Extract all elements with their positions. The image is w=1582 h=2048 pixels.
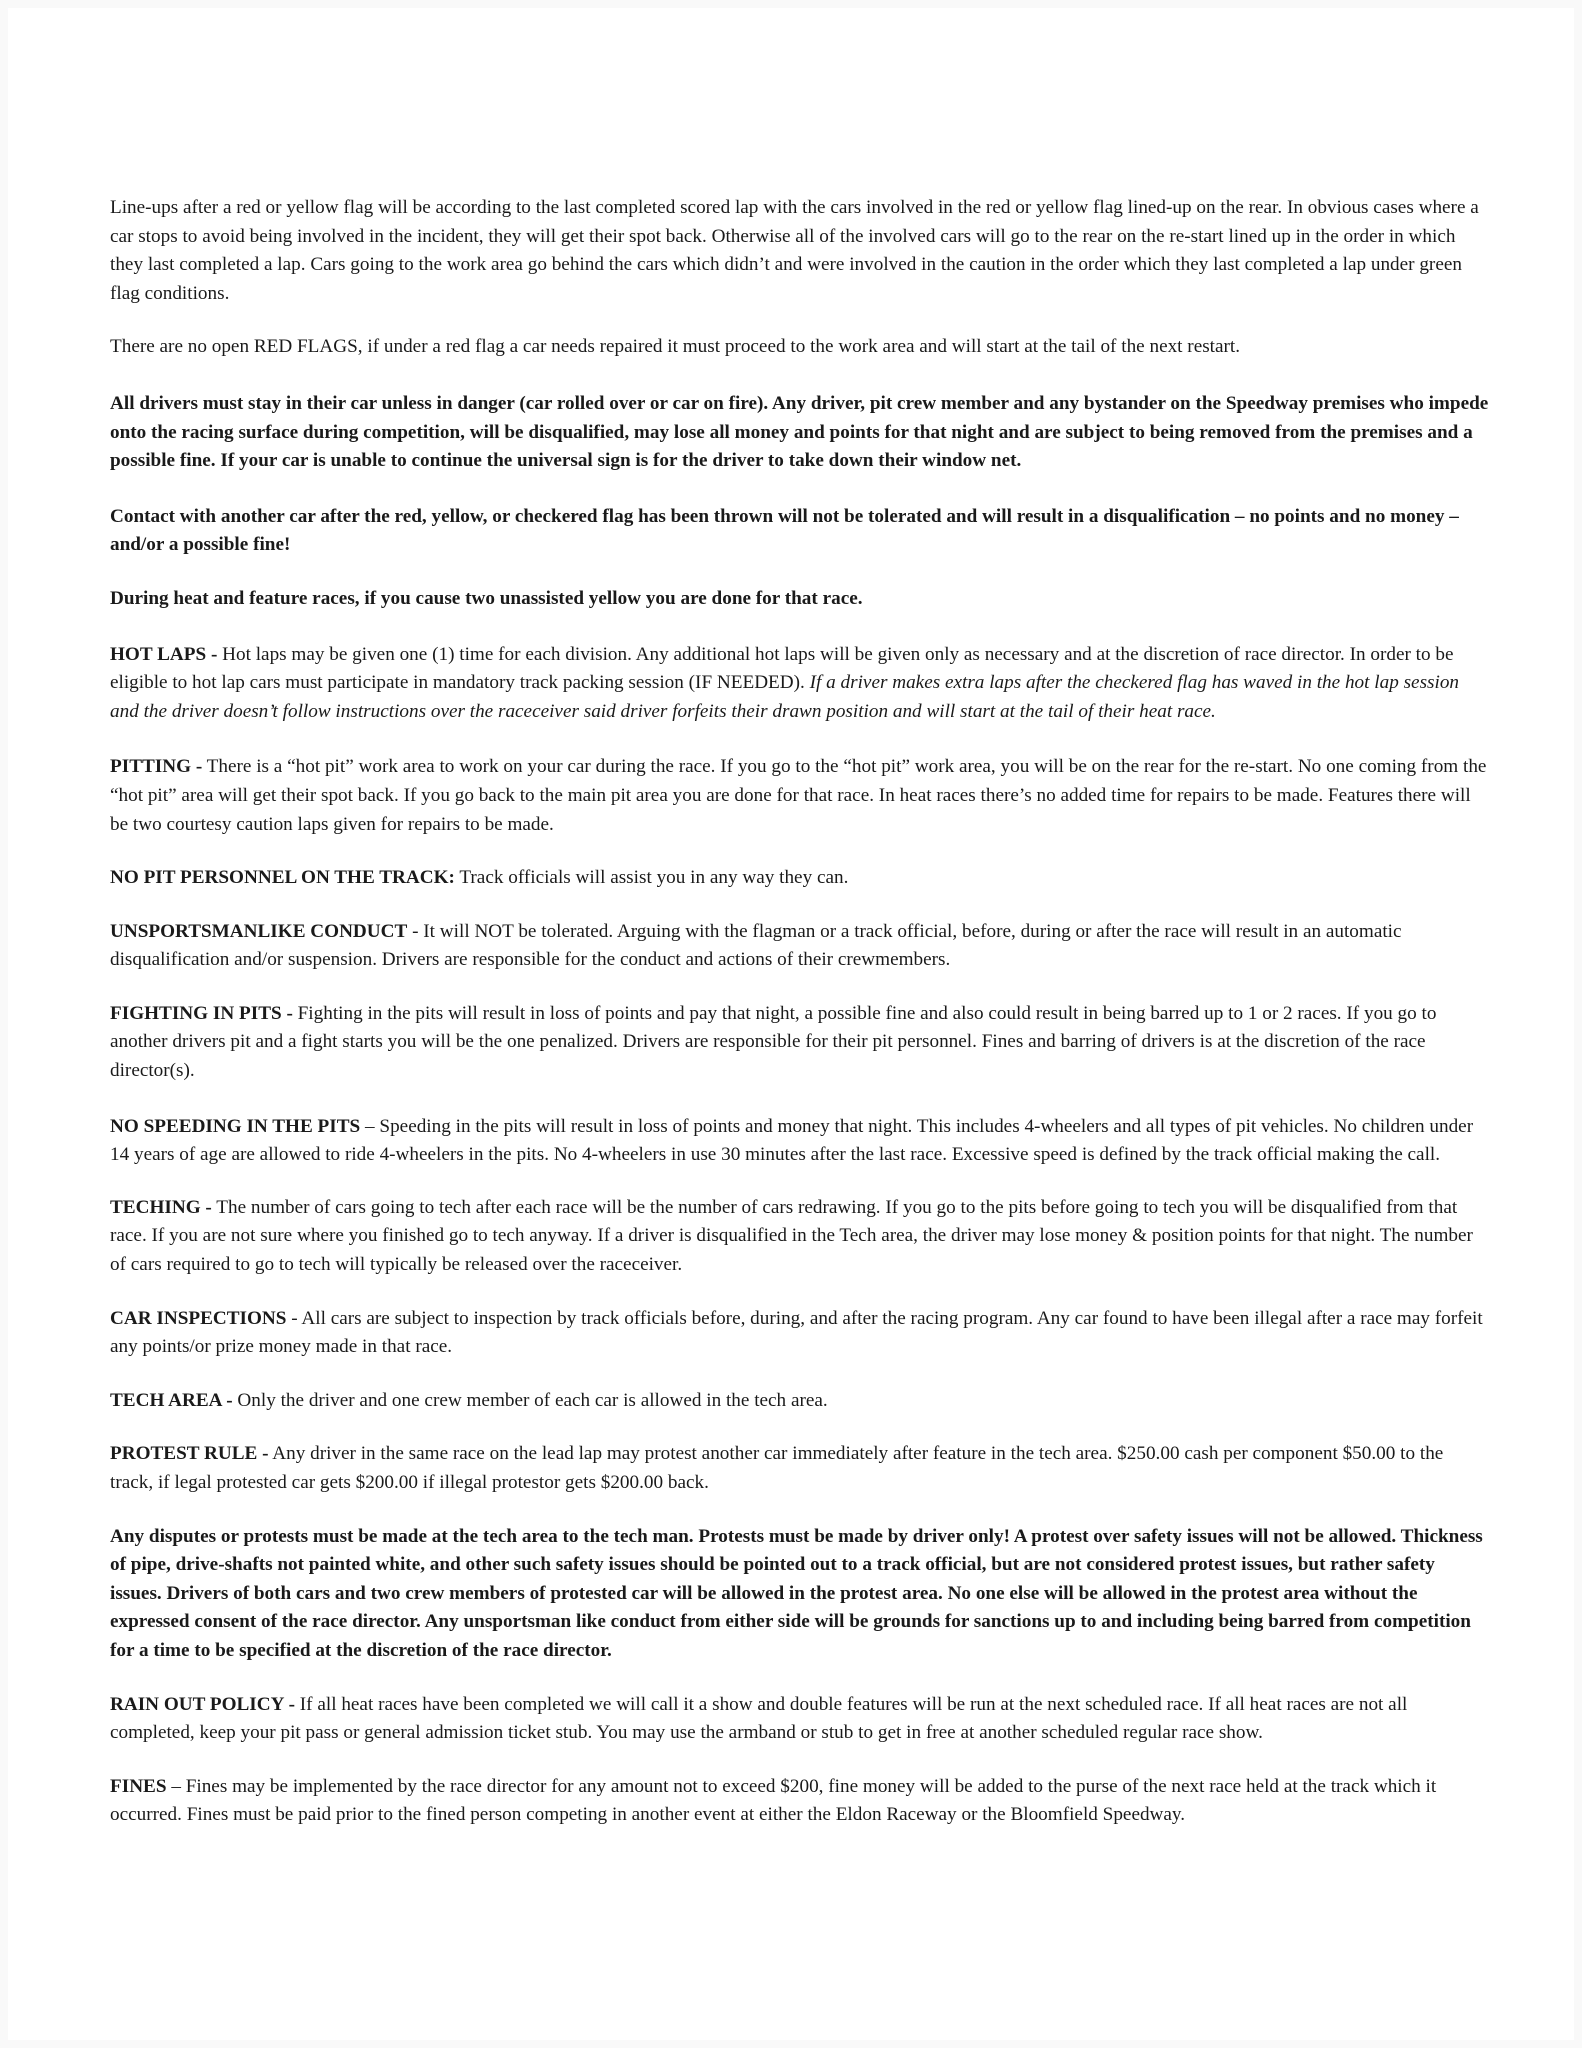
fighting-text: Fighting in the pits will result in loss…: [110, 1003, 1436, 1081]
pitting-text: There is a “hot pit” work area to work o…: [110, 756, 1486, 834]
heading-pitting: PITTING -: [110, 756, 202, 777]
paragraph-hot-laps: HOT LAPS - Hot laps may be given one (1)…: [110, 641, 1490, 727]
heading-hot-laps: HOT LAPS -: [110, 644, 217, 665]
protest-rule-text: Any driver in the same race on the lead …: [110, 1443, 1443, 1493]
teching-text: The number of cars going to tech after e…: [110, 1197, 1473, 1275]
paragraph-heat-feature: During heat and feature races, if you ca…: [110, 585, 1490, 614]
paragraph-lineups: Line-ups after a red or yellow flag will…: [110, 194, 1490, 308]
heading-fighting: FIGHTING IN PITS -: [110, 1003, 293, 1024]
heading-unsportsmanlike: UNSPORTSMANLIKE CONDUCT: [110, 921, 407, 942]
paragraph-unsportsmanlike: UNSPORTSMANLIKE CONDUCT - It will NOT be…: [110, 918, 1490, 975]
paragraph-car-inspections: CAR INSPECTIONS - All cars are subject t…: [110, 1305, 1490, 1362]
heading-car-inspections: CAR INSPECTIONS: [110, 1308, 286, 1329]
paragraph-teching: TECHING - The number of cars going to te…: [110, 1194, 1490, 1280]
paragraph-speeding: NO SPEEDING IN THE PITS – Speeding in th…: [110, 1113, 1490, 1170]
document-page: Line-ups after a red or yellow flag will…: [8, 8, 1574, 2040]
heading-fines: FINES: [110, 1776, 167, 1797]
paragraph-fighting: FIGHTING IN PITS - Fighting in the pits …: [110, 1000, 1490, 1086]
heading-protest-rule: PROTEST RULE -: [110, 1443, 269, 1464]
paragraph-protest-rule: PROTEST RULE - Any driver in the same ra…: [110, 1440, 1490, 1497]
heading-rain-out-policy: RAIN OUT POLICY -: [110, 1694, 295, 1715]
no-pit-personnel-text: Track officials will assist you in any w…: [455, 867, 848, 888]
paragraph-rain-out-policy: RAIN OUT POLICY - If all heat races have…: [110, 1691, 1490, 1748]
heading-teching: TECHING -: [110, 1197, 212, 1218]
paragraph-stay-in-car: All drivers must stay in their car unles…: [110, 390, 1490, 476]
rain-out-policy-text: If all heat races have been completed we…: [110, 1694, 1407, 1744]
car-inspections-text: - All cars are subject to inspection by …: [110, 1308, 1483, 1358]
heading-tech-area: TECH AREA -: [110, 1390, 233, 1411]
paragraph-fines: FINES – Fines may be implemented by the …: [110, 1773, 1490, 1830]
paragraph-contact: Contact with another car after the red, …: [110, 503, 1490, 560]
heading-speeding: NO SPEEDING IN THE PITS: [110, 1116, 360, 1137]
paragraph-no-pit-personnel: NO PIT PERSONNEL ON THE TRACK: Track off…: [110, 864, 1490, 893]
fines-text: – Fines may be implemented by the race d…: [110, 1776, 1436, 1826]
heading-no-pit-personnel: NO PIT PERSONNEL ON THE TRACK:: [110, 867, 455, 888]
paragraph-pitting: PITTING - There is a “hot pit” work area…: [110, 753, 1490, 839]
paragraph-disputes: Any disputes or protests must be made at…: [110, 1523, 1490, 1666]
paragraph-red-flags: There are no open RED FLAGS, if under a …: [110, 333, 1490, 362]
paragraph-tech-area: TECH AREA - Only the driver and one crew…: [110, 1387, 1490, 1416]
rules-body: Line-ups after a red or yellow flag will…: [110, 194, 1490, 1830]
tech-area-text: Only the driver and one crew member of e…: [233, 1390, 828, 1411]
